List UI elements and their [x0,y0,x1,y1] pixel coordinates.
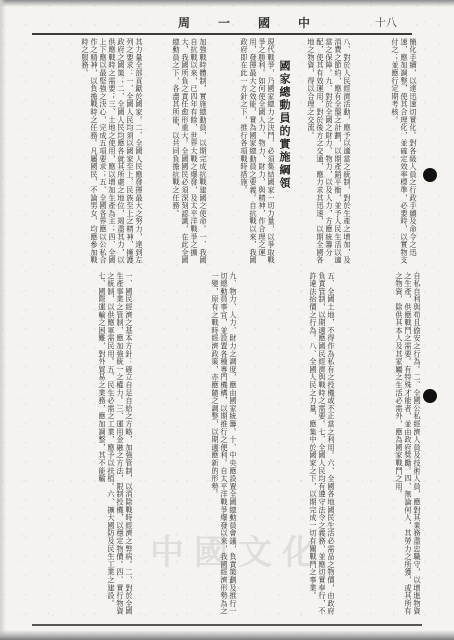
masthead-char: 周 [178,14,190,31]
text-column-upper-1: 簡化手續，以達迅速切實化。對各級人員之行政手續及命令之迅速，應加調整，使其合理化… [354,38,418,266]
watermark: 中國文化 [150,525,326,574]
footer-rule [32,624,422,626]
scan-edge-bottom [0,630,454,640]
masthead-char: 一 [218,14,230,31]
text-column-lower-4: 一、國民經濟之基本方針：確立自足自給之方略，加強管制，以消除戰時經濟之弊病。二、… [30,272,134,617]
scan-edge-top [0,0,454,7]
scan-edge-left [0,0,6,640]
text-column-upper-5: 其力量全部貢獻於國家。二、全國人民應發揮最大之努力，達到左列之要求：一、全國人民… [30,38,144,266]
page-number: 十八 [375,14,397,30]
punch-hole-icon [423,389,437,403]
text-column-upper-3: 現代戰爭，乃國家總力之決鬥，必須集結國家一切力量，以爭取戰爭之勝利。如何使全國人… [210,38,276,266]
section-heading: 國家總動員的實施綱領 [278,60,292,220]
text-column-upper-2: 八、對於人民經濟活動，應予以適當之統制，對於生產之增加，及消費之節約，應有全盤之… [290,38,352,266]
text-column-lower-1: 自私自利與苟且偷安之行為。二、全國公私經濟人員及技術人員，應對其業務盡忠職守，以… [338,272,422,617]
text-column-upper-4: 加強戰時體制，實施總動員，以期完成抗戰建國之使命。一、我國自抗戰以來，已四年有餘… [146,38,208,266]
header-rule [32,33,412,35]
page-header: 周 一 國 中 十八 [30,12,410,32]
masthead-char: 國 [258,14,270,31]
masthead-title: 周 一 國 中 [178,14,310,31]
punch-hole-icon [423,168,437,182]
masthead-char: 中 [298,14,310,31]
